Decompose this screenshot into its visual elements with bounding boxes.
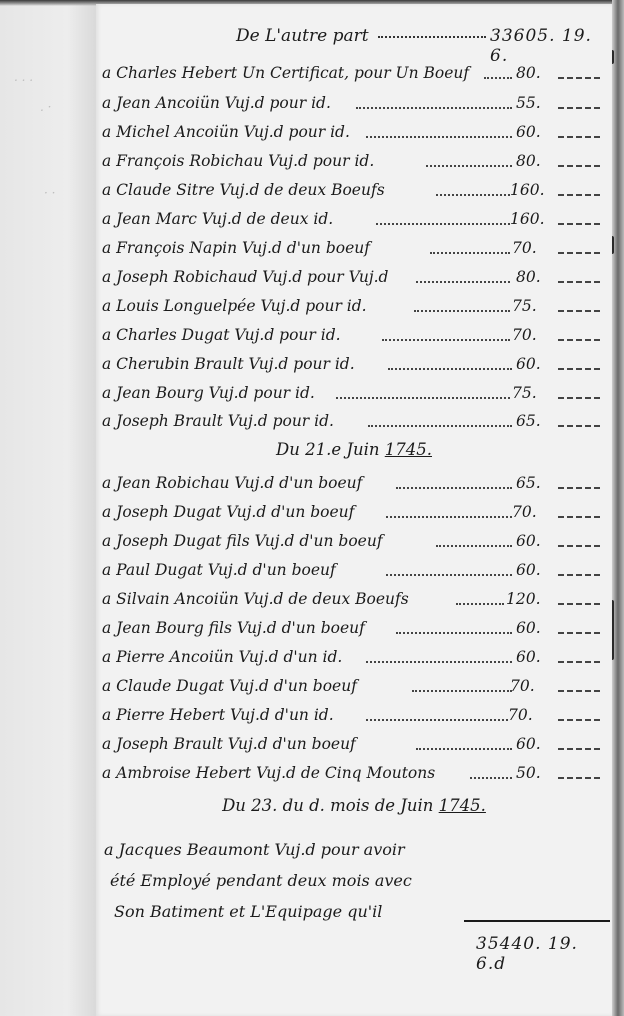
entry-description: a Pierre Ancoiün Vuj.d d'un id.	[102, 648, 342, 666]
leader-dots	[386, 574, 512, 576]
leader-dash	[558, 252, 600, 254]
leader-dash	[558, 194, 600, 196]
ledger-row: a Ambroise Hebert Vuj.d de Cinq Moutons …	[96, 762, 612, 790]
leader-dash	[558, 77, 600, 79]
entry-amount: 80.	[516, 64, 541, 82]
entry-description: a Jean Marc Vuj.d de deux id.	[102, 210, 333, 228]
entry-description: a Claude Dugat Vuj.d d'un boeuf	[102, 677, 357, 695]
entry-description: a Louis Longuelpée Vuj.d pour id.	[102, 297, 367, 315]
leader-dots	[382, 339, 510, 341]
ledger-row: a Silvain Ancoiün Vuj.d de deux Boeufs 1…	[96, 588, 612, 616]
section-date-heading: Du 21.e Juin 1745.	[96, 440, 612, 459]
leader-dash	[558, 136, 600, 138]
ledger-row: a Joseph Dugat fils Vuj.d d'un boeuf 60.	[96, 530, 612, 558]
ledger-row: a Claude Dugat Vuj.d d'un boeuf 70.	[96, 675, 612, 703]
ledger-row: a Joseph Brault Vuj.d d'un boeuf 60.	[96, 733, 612, 761]
final-entry-paragraph: a Jacques Beaumont Vuj.d pour avoir été …	[104, 834, 504, 927]
leader-dash	[558, 748, 600, 750]
facing-page-edge: . . . . · · ·	[0, 0, 96, 1016]
leader-dots	[356, 107, 512, 109]
entry-amount: 70.	[508, 706, 533, 724]
leader-dots	[436, 194, 510, 196]
entry-amount: 80.	[516, 268, 541, 286]
entry-description: a Jean Ancoiün Vuj.d pour id.	[102, 94, 331, 112]
entry-description: a Jean Bourg Vuj.d pour id.	[102, 384, 315, 402]
ledger-row: a Cherubin Brault Vuj.d pour id. 60.	[96, 353, 612, 381]
entry-amount: 60.	[516, 532, 541, 550]
ledger-row: a Charles Dugat Vuj.d pour id. 70.	[96, 324, 612, 352]
entry-description: a Jean Robichau Vuj.d d'un boeuf	[102, 474, 362, 492]
leader-dash	[558, 107, 600, 109]
leader-dots	[388, 368, 512, 370]
final-entry-line: été Employé pendant deux mois avec	[104, 865, 504, 896]
entry-description: a Cherubin Brault Vuj.d pour id.	[102, 355, 355, 373]
entry-amount: 75.	[512, 297, 537, 315]
entry-description: a Pierre Hebert Vuj.d d'un id.	[102, 706, 334, 724]
leader-dots	[436, 545, 512, 547]
entry-amount: 65.	[516, 412, 541, 430]
entry-description: a Joseph Dugat fils Vuj.d d'un boeuf	[102, 532, 383, 550]
entry-amount: 50.	[516, 764, 541, 782]
entry-description: a Joseph Robichaud Vuj.d pour Vuj.d	[102, 268, 388, 286]
entry-amount: 160.	[510, 181, 545, 199]
leader-dots	[470, 777, 512, 779]
entry-amount: 60.	[516, 355, 541, 373]
book-spine-edge	[612, 0, 624, 1016]
entry-description: a Paul Dugat Vuj.d d'un boeuf	[102, 561, 336, 579]
entry-description: a Joseph Brault Vuj.d d'un boeuf	[102, 735, 356, 753]
leader-dots	[366, 136, 512, 138]
section-date-text: Du 21.e Juin	[276, 440, 385, 459]
entry-description: a Silvain Ancoiün Vuj.d de deux Boeufs	[102, 590, 409, 608]
leader-dots	[396, 632, 512, 634]
leader-dots	[430, 252, 510, 254]
leader-dash	[558, 545, 600, 547]
leader-dash	[558, 368, 600, 370]
total-rule	[464, 920, 610, 922]
leader-dots	[366, 719, 508, 721]
entry-amount: 60.	[516, 561, 541, 579]
leader-dots	[376, 223, 510, 225]
leader-dots	[336, 397, 510, 399]
leader-dots	[416, 748, 512, 750]
section-date-year: 1745.	[385, 440, 432, 459]
final-entry-line: a Jacques Beaumont Vuj.d pour avoir	[104, 834, 504, 865]
leader-dash	[558, 603, 600, 605]
entry-description: a Charles Dugat Vuj.d pour id.	[102, 326, 341, 344]
entry-amount: 60.	[516, 123, 541, 141]
ledger-page: De L'autre part 33605. 19. 6. a Charles …	[96, 4, 612, 1016]
leader-dots	[386, 516, 512, 518]
entry-amount: 70.	[512, 239, 537, 257]
ledger-row: a Joseph Brault Vuj.d pour id. 65.	[96, 410, 612, 438]
ledger-row: a Claude Sitre Vuj.d de deux Boeufs 160.	[96, 179, 612, 207]
leader-dots	[484, 77, 512, 79]
leader-dash	[558, 310, 600, 312]
entry-description: a Ambroise Hebert Vuj.d de Cinq Moutons	[102, 764, 435, 782]
leader-dots	[366, 661, 512, 663]
entry-description: a Joseph Dugat Vuj.d d'un boeuf	[102, 503, 354, 521]
ledger-row: a Louis Longuelpée Vuj.d pour id. 75.	[96, 295, 612, 323]
bleed-through-text: · ·	[44, 186, 55, 200]
ledger-row: a Pierre Hebert Vuj.d d'un id. 70.	[96, 704, 612, 732]
entry-amount: 55.	[516, 94, 541, 112]
entry-amount: 60.	[516, 619, 541, 637]
ledger-row: a Pierre Ancoiün Vuj.d d'un id. 60.	[96, 646, 612, 674]
leader-dots	[396, 487, 512, 489]
leader-dash	[558, 574, 600, 576]
leader-dash	[558, 690, 600, 692]
entry-amount: 80.	[516, 152, 541, 170]
entry-description: a Claude Sitre Vuj.d de deux Boeufs	[102, 181, 385, 199]
entry-description: a François Napin Vuj.d d'un boeuf	[102, 239, 370, 257]
entry-amount: 120.	[506, 590, 541, 608]
leader-dash	[558, 397, 600, 399]
leader-dots	[378, 36, 486, 38]
entry-amount: 70.	[510, 677, 535, 695]
entry-description: a Jean Bourg fils Vuj.d d'un boeuf	[102, 619, 365, 637]
leader-dots	[426, 165, 512, 167]
entry-amount: 160.	[510, 210, 545, 228]
leader-dots	[412, 690, 512, 692]
bleed-through-text: . . .	[14, 70, 33, 84]
grand-total: 35440. 19. 6.d	[476, 934, 612, 974]
leader-dash	[558, 281, 600, 283]
entry-amount: 65.	[516, 474, 541, 492]
ledger-row: a Joseph Robichaud Vuj.d pour Vuj.d 80.	[96, 266, 612, 294]
leader-dots	[368, 425, 512, 427]
carried-forward-label: De L'autre part	[236, 26, 369, 46]
leader-dash	[558, 777, 600, 779]
final-entry-line: Son Batiment et L'Equipage qu'il	[104, 896, 504, 927]
entry-amount: 70.	[512, 326, 537, 344]
entry-description: a Charles Hebert Un Certificat, pour Un …	[102, 64, 469, 82]
section-date-year: 1745.	[439, 796, 486, 815]
entry-description: a Joseph Brault Vuj.d pour id.	[102, 412, 334, 430]
entry-description: a Michel Ancoiün Vuj.d pour id.	[102, 123, 350, 141]
ledger-row: a Paul Dugat Vuj.d d'un boeuf 60.	[96, 559, 612, 587]
ledger-row: a Jean Robichau Vuj.d d'un boeuf 65.	[96, 472, 612, 500]
ledger-row: a Charles Hebert Un Certificat, pour Un …	[96, 62, 612, 90]
leader-dash	[558, 661, 600, 663]
ledger-row: a Jean Bourg fils Vuj.d d'un boeuf 60.	[96, 617, 612, 645]
ledger-row: a Jean Ancoiün Vuj.d pour id. 55.	[96, 92, 612, 120]
ledger-row: a François Napin Vuj.d d'un boeuf 70.	[96, 237, 612, 265]
carried-forward-total: 33605. 19. 6.	[490, 26, 612, 66]
ledger-row: a Jean Bourg Vuj.d pour id. 75.	[96, 382, 612, 410]
section-date-heading: Du 23. du d. mois de Juin 1745.	[96, 796, 612, 815]
leader-dash	[558, 516, 600, 518]
leader-dash	[558, 719, 600, 721]
entry-description: a François Robichau Vuj.d pour id.	[102, 152, 374, 170]
ledger-row: a Joseph Dugat Vuj.d d'un boeuf 70.	[96, 501, 612, 529]
entry-amount: 60.	[516, 648, 541, 666]
leader-dash	[558, 339, 600, 341]
bleed-through-text: . ·	[40, 100, 51, 114]
entry-amount: 60.	[516, 735, 541, 753]
section-date-text: Du 23. du d. mois de Juin	[222, 796, 439, 815]
entry-amount: 70.	[512, 503, 537, 521]
ledger-row: a Jean Marc Vuj.d de deux id. 160.	[96, 208, 612, 236]
leader-dots	[456, 603, 504, 605]
leader-dash	[558, 425, 600, 427]
ledger-row: a Michel Ancoiün Vuj.d pour id. 60.	[96, 121, 612, 149]
leader-dash	[558, 632, 600, 634]
leader-dash	[558, 165, 600, 167]
ledger-row: a François Robichau Vuj.d pour id. 80.	[96, 150, 612, 178]
leader-dash	[558, 487, 600, 489]
leader-dots	[414, 310, 510, 312]
carried-forward-line: De L'autre part 33605. 19. 6.	[96, 26, 612, 52]
entry-amount: 75.	[512, 384, 537, 402]
leader-dots	[416, 281, 510, 283]
leader-dash	[558, 223, 600, 225]
